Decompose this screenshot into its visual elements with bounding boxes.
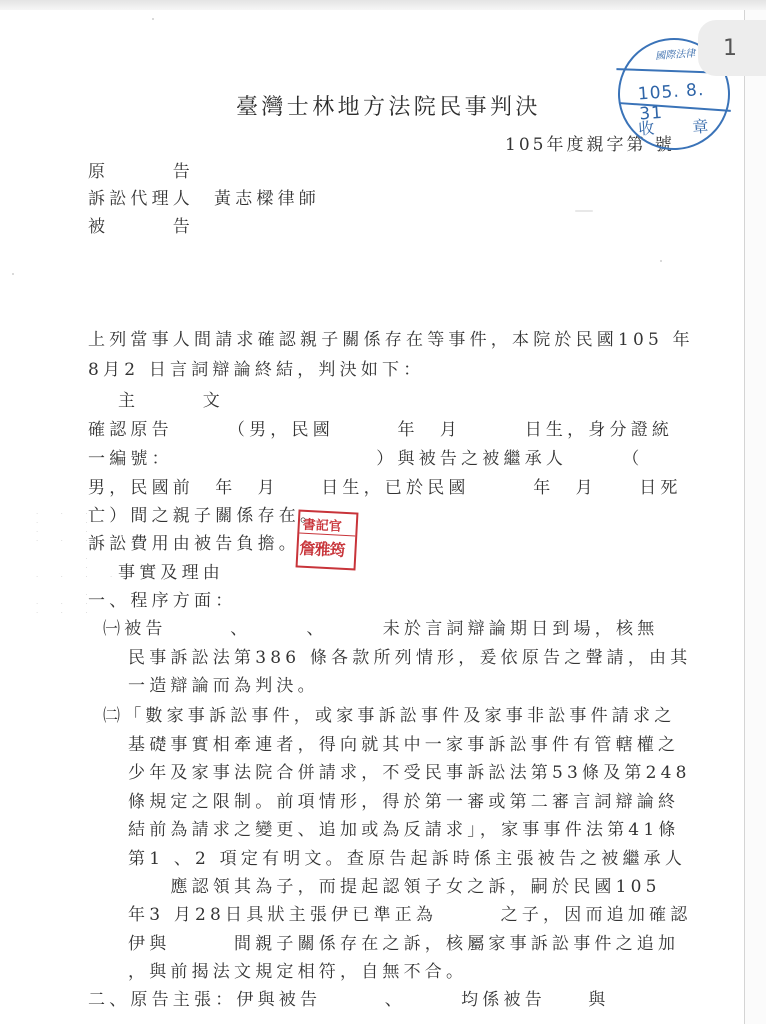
party-attorney-label: 訴訟代理人 <box>88 191 194 208</box>
clerk-seal: 書記官 詹雅筠 <box>296 509 359 570</box>
punch-hole-dots: · · · · · · · · · · · · · · · · · · · · … <box>36 510 76 618</box>
section1-item2-line: 基礎事實相牽連者，得向就其中一家事訴訟事件有管轄權之 <box>128 737 679 754</box>
intro-line: 上列當事人間請求確認親子關係存在等事件，本院於民國105 年 <box>88 332 694 349</box>
section1-item2-line: ㈡「數家事訴訟事件，或家事訴訟事件及家事非訟事件請求之 <box>103 708 675 725</box>
seal-name: 詹雅筠 <box>299 536 345 561</box>
section1-item2-line: ，與前揭法文規定相符，自無不合。 <box>128 964 467 981</box>
section1-item2-line: 第1 、2 項定有明文。查原告起訴時係主張被告之被繼承人 <box>128 851 686 868</box>
page-number-badge: 1 <box>698 20 766 76</box>
section1-item2-line: 少年及家事法院合併請求，不受民事訴訟法第53條及第248 <box>128 765 691 782</box>
stamp-label-left: 收 <box>637 115 655 139</box>
stamp-label-right: 章 <box>691 114 709 138</box>
party-plaintiff-label: 原 告 <box>88 164 194 181</box>
party-defendant-label: 被 告 <box>88 219 194 236</box>
document-page[interactable]: · · · · · · · · · · · · · · · · · · · · … <box>0 10 745 1024</box>
scan-speck <box>152 18 154 20</box>
section1-item2-line: 結前為請求之變更、追加或為反請求」，家事事件法第41條 <box>128 822 680 839</box>
viewer-gutter <box>745 10 766 1024</box>
section1-item2-line: 年3 月28日具狀主張伊已準正為 之子，因而追加確認 <box>128 907 691 924</box>
main-line: 亡）間之親子關係存在。 <box>88 508 321 525</box>
main-line: 一編號： ）與被告之被繼承人 （ <box>88 451 643 468</box>
main-line: 男，民國前 年 月 日生，已於民國 年 月 日死 <box>88 480 682 497</box>
party-attorney-name: 黃志樑律師 <box>214 191 320 208</box>
scan-speck <box>575 210 593 212</box>
viewer-top-edge <box>0 0 766 10</box>
stamp-org: 國際法律 <box>655 44 696 62</box>
section2-line: 二、原告主張：伊與被告 、 均係被告 與 <box>88 992 610 1009</box>
section1-item2-line: 條規定之限制。前項情形，得於第一審或第二審言詞辯論終 <box>128 794 679 811</box>
main-line: 訴訟費用由被告負擔。 <box>88 536 300 553</box>
facts-heading: 事實及理由 <box>118 565 224 582</box>
section1-item1-line: ㈠被告 、 、 未於言詞辯論期日到場，核無 <box>103 621 658 638</box>
seal-title: 書記官 <box>302 514 342 535</box>
section1-item1-line: 一造辯論而為判決。 <box>128 678 319 695</box>
section1-item1-line: 民事訴訟法第386 條各款所列情形，爰依原告之聲請，由其 <box>128 650 691 667</box>
intro-line: 8月2 日言詞辯論終結，判決如下： <box>88 362 424 379</box>
scan-speck <box>12 273 14 275</box>
section1-item2-line: 伊與 間親子關係存在之訴，核屬家事訴訟事件之追加 <box>128 936 679 953</box>
document-viewer: · · · · · · · · · · · · · · · · · · · · … <box>0 0 766 1024</box>
document-title: 臺灣士林地方法院民事判決 <box>236 90 541 121</box>
main-heading: 主 文 <box>118 393 224 410</box>
section1-heading: 一、程序方面： <box>88 593 236 610</box>
scan-speck <box>660 260 662 262</box>
section1-item2-line: 應認領其為子，而提起認領子女之訴，嗣於民國105 <box>128 879 661 896</box>
main-line: 確認原告 （男，民國 年 月 日生，身分證統 <box>88 422 673 439</box>
